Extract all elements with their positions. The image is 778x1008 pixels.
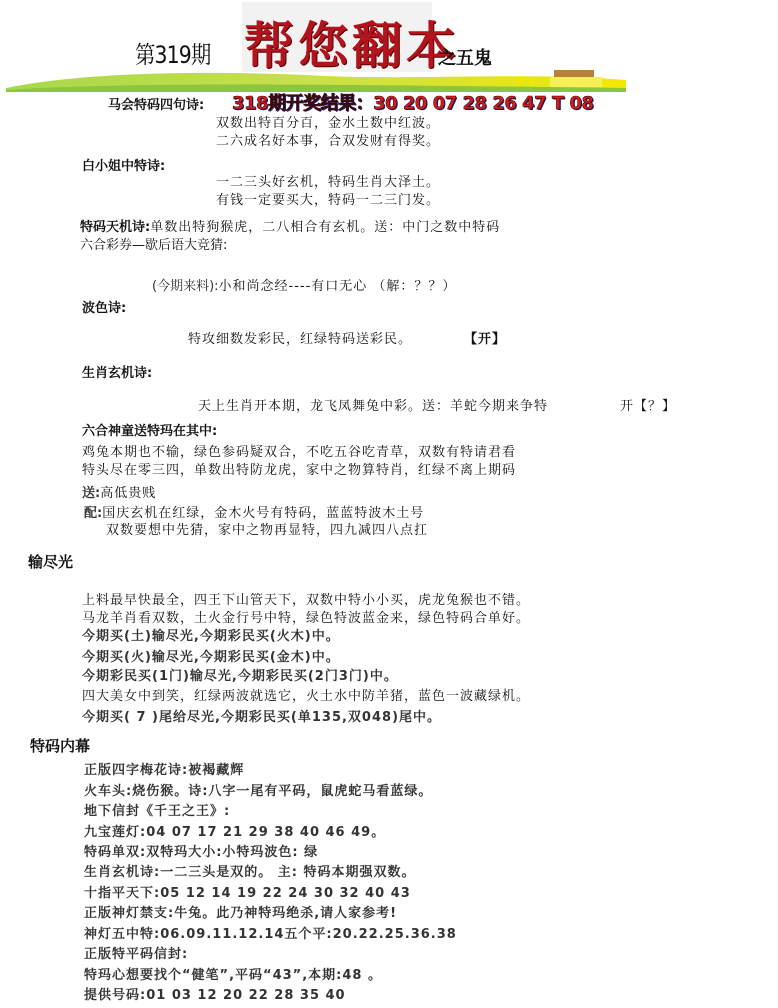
tianji-row: 特码天机诗:单数出特狗猴虎，二八相合有玄机。送：中门之数中特码 [80, 216, 500, 235]
page-subtitle: 之五鬼 [438, 44, 492, 70]
temaneimu-line-6: 生肖玄机诗:一二三头是双的。 主: 特码本期强双数。 [84, 861, 415, 880]
shujinguang-line-3: 今期买(土)输尽光,今期彩民买(火木)中。 [82, 625, 340, 644]
shentong-label: 六合神童送特玛在其中: [82, 420, 217, 439]
baixiaojie-line-1: 一二三头好玄机，特码生肖大泽土。 [216, 171, 440, 190]
temaneimu-line-4: 九宝莲灯:04 07 17 21 29 38 40 46 49。 [84, 821, 385, 840]
xiehouyu-text: 小和尚念经----有口无心 （解：？？） [219, 279, 457, 294]
shujinguang-title: 输尽光 [28, 551, 73, 572]
shengxiao-text: 天上生肖开本期，龙飞凤舞兔中彩。送：羊蛇今期来争特 [198, 395, 548, 414]
tianji-text: 单数出特狗猴虎，二八相合有玄机。送：中门之数中特码 [150, 220, 500, 235]
bose-answer: 【开】 [464, 328, 506, 347]
temaneimu-line-9: 神灯五中特:06.09.11.12.14五个平:20.22.25.36.38 [84, 923, 457, 942]
temaneimu-line-7: 十指平天下:05 12 14 19 22 24 30 32 40 43 [84, 882, 411, 901]
bose-label: 波色诗: [82, 297, 126, 316]
temaneimu-line-12: 提供号码:01 03 12 20 22 28 35 40 [84, 984, 346, 1003]
mahui-line-1: 双数出特百分百，金水土数中红波。 [216, 112, 440, 131]
shengxiao-answer: 开【？】 [620, 395, 676, 414]
bose-text: 特攻细数发彩民，红绿特码送彩民。 [188, 328, 412, 347]
xiehouyu-label: 六合彩券—歇后语大竞猜: [80, 234, 227, 253]
temaneimu-line-2: 火车头:烧伤猴。诗:八字一尾有平码，鼠虎蛇马看蓝绿。 [84, 780, 432, 799]
temaneimu-line-8: 正版神灯禁支:牛兔。此乃神特玛绝杀,请人家参考! [84, 902, 397, 921]
song-row: 送:高低贵贱 [82, 482, 156, 501]
temaneimu-line-1: 正版四字梅花诗:被褐藏辉 [84, 759, 244, 778]
tianji-label: 特码天机诗: [80, 220, 150, 235]
shujinguang-line-6: 四大美女中到笑，红绿两波就选它，火土水中防羊猪，蓝色一波藏绿机。 [82, 685, 530, 704]
shujinguang-line-2: 马龙羊肖看双数，土火金行号中特，绿色特波蓝金来，绿色特码合单好。 [82, 607, 530, 626]
shengxiao-label: 生肖玄机诗: [82, 362, 152, 381]
shujinguang-line-1: 上料最早快最全，四王下山管天下，双数中特小小买，虎龙兔猴也不错。 [82, 589, 530, 608]
pei-label: 配: [84, 506, 102, 521]
baixiaojie-line-2: 有钱一定要买大，特码一二三门发。 [216, 189, 440, 208]
shujinguang-line-5: 今期彩民买(1门)输尽光,今期彩民买(2门3门)中。 [82, 665, 398, 684]
shentong-line-2: 特头尽在零三四，单数出特防龙虎，家中之物算特肖，红绿不离上期码 [82, 459, 516, 478]
xiehouyu-row: (今期来料):小和尚念经----有口无心 （解：？？） [152, 275, 456, 294]
mahui-line-2: 二六成名好本事，合双发财有得奖。 [216, 130, 440, 149]
temaneimu-line-5: 特码单双:双特玛大小:小特玛波色: 绿 [84, 841, 318, 860]
shujinguang-line-4: 今期买(火)输尽光,今期彩民买(金木)中。 [82, 646, 340, 665]
xiehouyu-source-label: (今期来料): [152, 279, 219, 294]
temaneimu-line-10: 正版特平码信封: [84, 943, 188, 962]
header-banner: 第319期 帮您翻本 之五鬼 [0, 0, 778, 92]
song-label: 送: [82, 486, 100, 501]
page-title: 帮您翻本 [244, 6, 460, 78]
temaneimu-line-11: 特玛心想要找个“健笔”,平码“43”,本期:48 。 [84, 964, 382, 983]
pei-line-2: 双数要想中先猜，家中之物再显特，四九减四八点扛 [106, 519, 428, 538]
shujinguang-line-7: 今期买( 7 )尾给尽光,今期彩民买(单135,双048)尾中。 [82, 706, 441, 725]
draw-result-label: 318期开奖结果： [232, 93, 373, 114]
mahui-label: 马会特码四句诗: [108, 94, 204, 113]
song-text: 高低贵贱 [100, 486, 156, 501]
shentong-line-1: 鸡兔本期也不输，绿色参码疑双合，不吃五谷吃青草，双数有特请君看 [82, 441, 516, 460]
temaneimu-line-3: 地下信封《千王之王》: [84, 800, 230, 819]
baixiaojie-label: 白小姐中特诗: [82, 155, 165, 174]
temaneimu-title: 特码内幕 [30, 735, 90, 756]
draw-result-numbers: 30 20 07 28 26 47 T 08 [373, 93, 594, 114]
issue-number: 第319期 [135, 35, 210, 70]
